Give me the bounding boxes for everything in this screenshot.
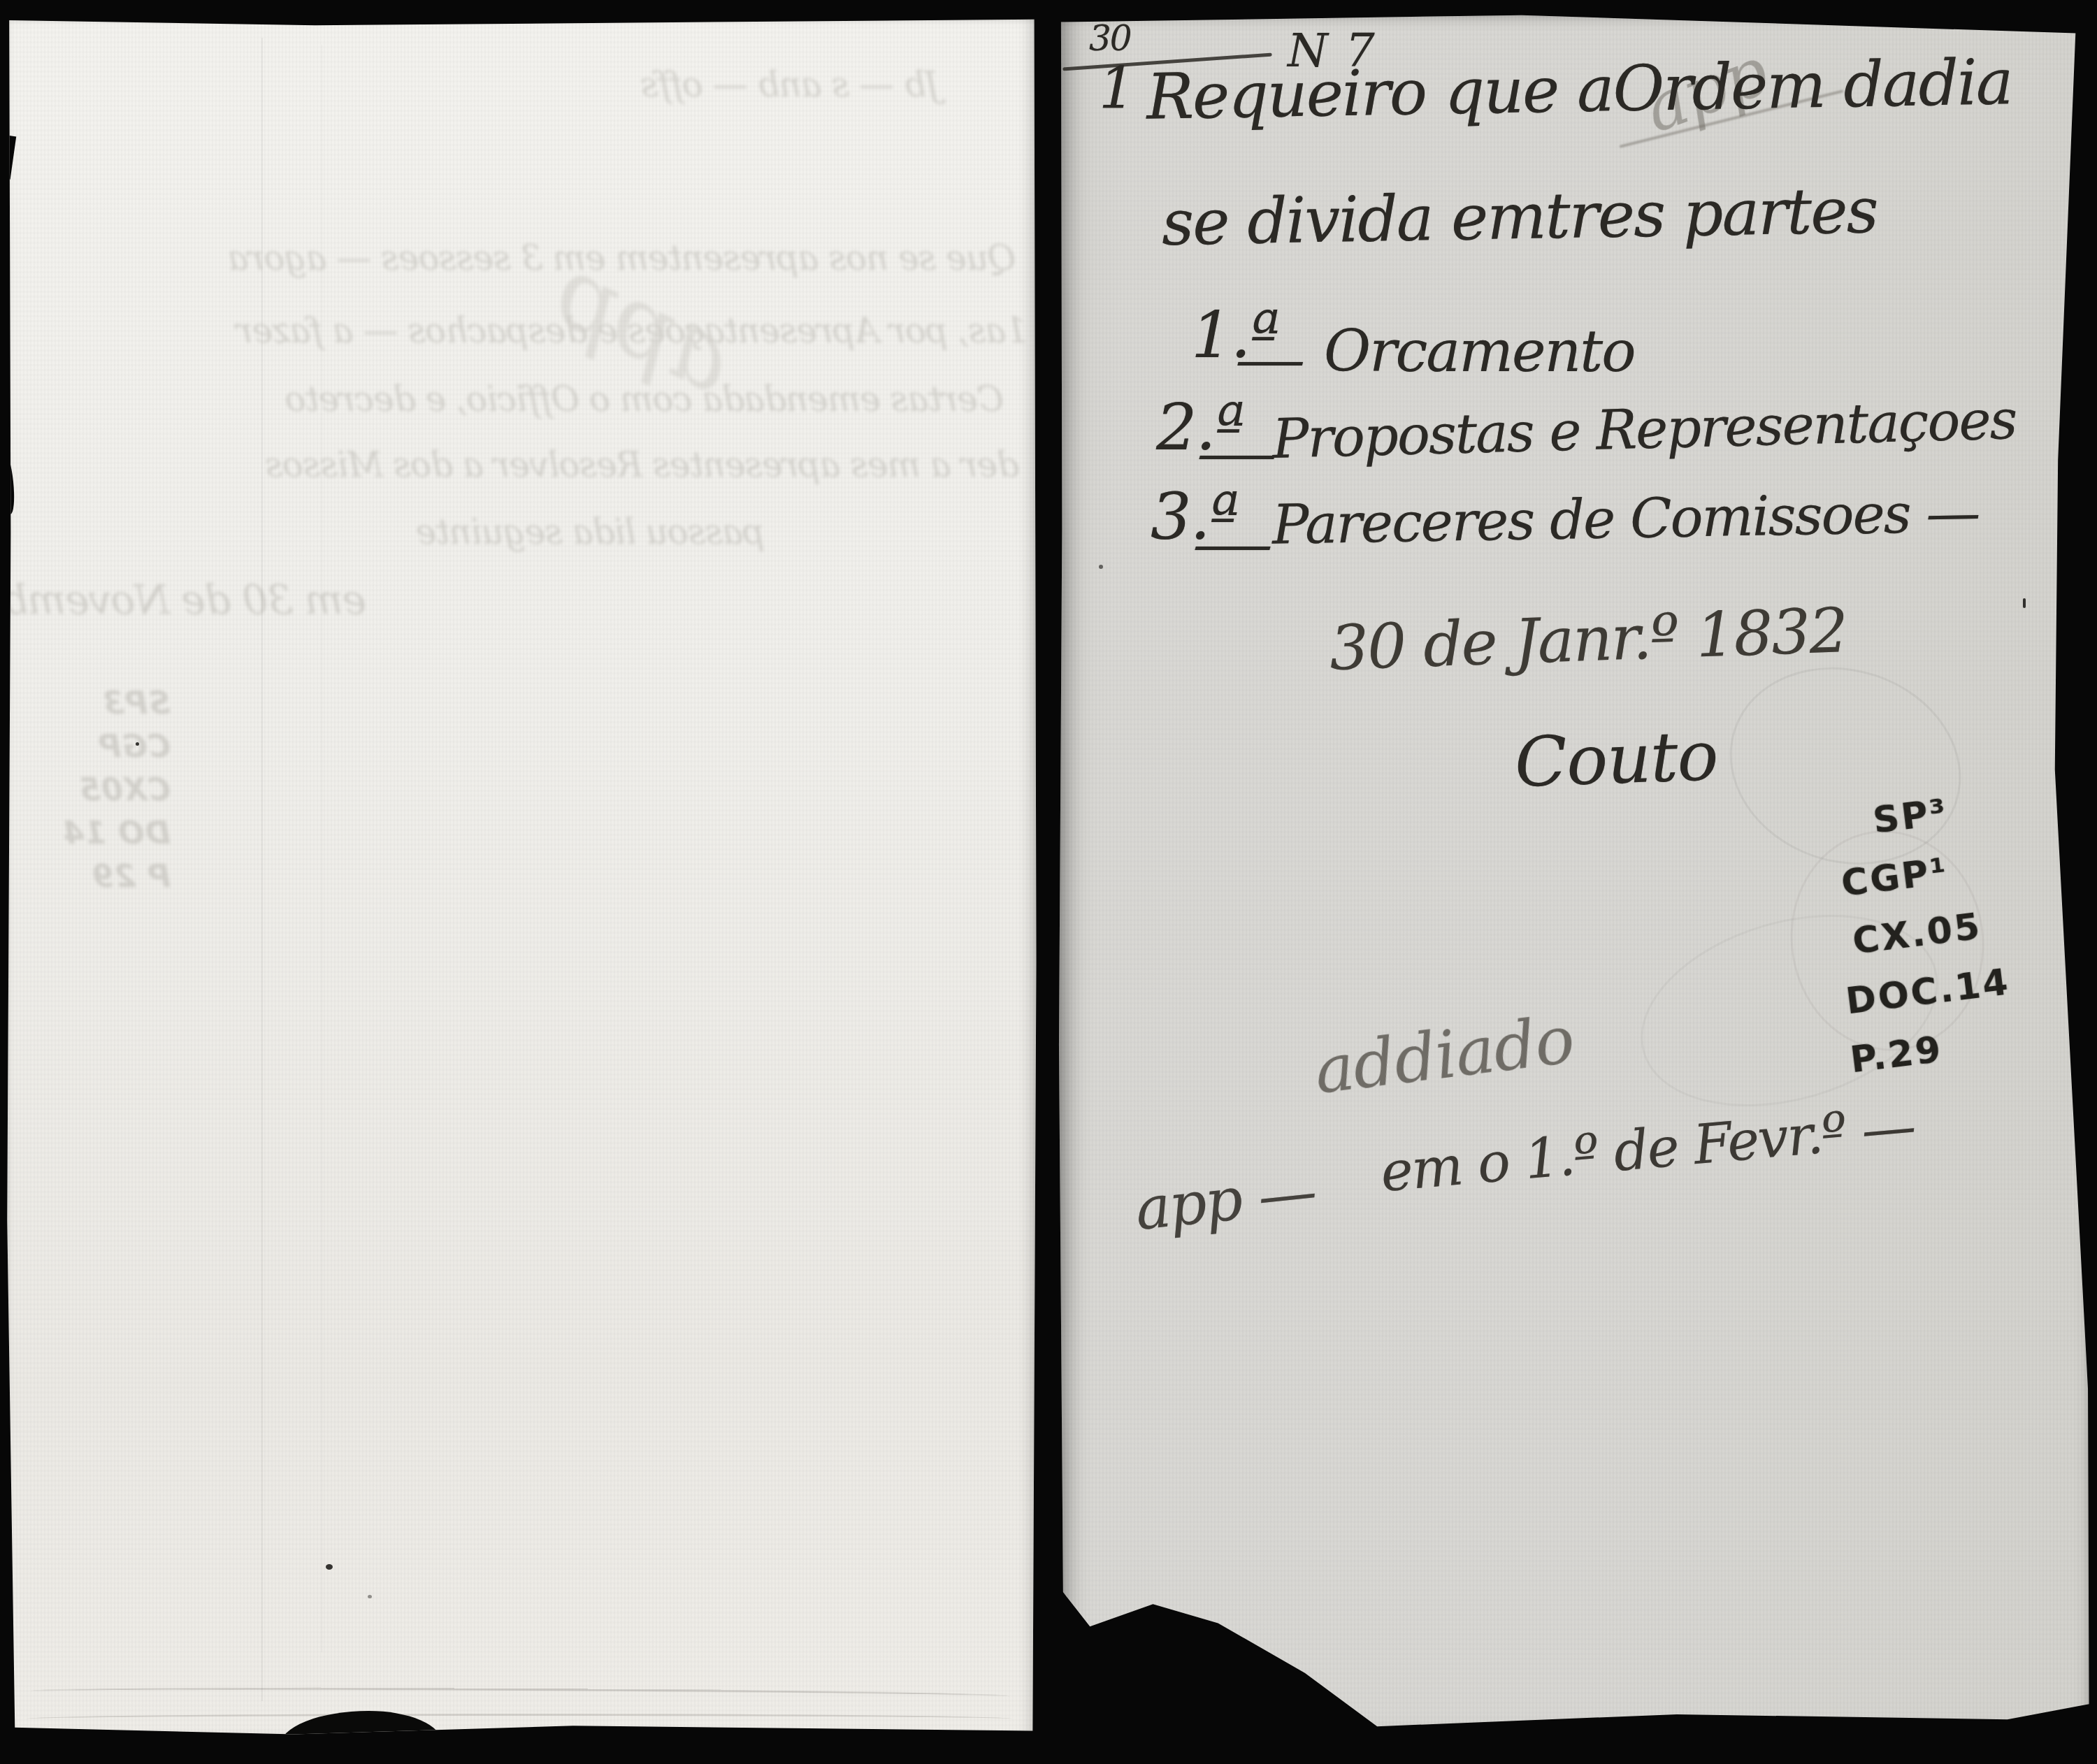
folio-numerator: 30 xyxy=(1089,18,1131,59)
bleedthrough-text: der a mes apresentes Resolver a dos Miss… xyxy=(266,444,1019,485)
ink-speck xyxy=(2023,598,2026,608)
bleedthrough-stamp-line: DO 14 xyxy=(62,812,171,855)
bleedthrough-stamp-line: CGP xyxy=(62,725,171,769)
signature: Couto xyxy=(1513,716,1719,803)
paper-fold-line xyxy=(322,45,322,1652)
paper-fold-line xyxy=(261,38,263,1701)
bleedthrough-text: passou lida seguinte xyxy=(417,512,765,552)
ink-speck xyxy=(136,742,139,746)
bleedthrough-layer: Jb — s anb — offs Que se nos apresentem … xyxy=(6,17,1037,1736)
right-page: 30 1 N 7 app Requeiro que aOrdem dadia s… xyxy=(1057,13,2090,1733)
bleedthrough-text: em 30 de Novembro — 1832 xyxy=(0,576,366,623)
folio-denominator: 1 xyxy=(1099,56,1134,122)
ink-speck xyxy=(368,1595,372,1598)
list-item-1-dash: — xyxy=(1235,328,1304,391)
scanned-manuscript-spread: Jb — s anb — offs Que se nos apresentem … xyxy=(0,0,2097,1764)
approval-text: em o 1.º de Fevr.º — xyxy=(1378,1095,1917,1204)
body-line-1: Requeiro que aOrdem dadia xyxy=(1146,45,2012,134)
body-line-2: se divida emtres partes xyxy=(1161,174,1878,260)
bleedthrough-stamp-line: SP3 xyxy=(62,682,171,725)
date-line: 30 de Janr.º 1832 xyxy=(1328,594,1848,684)
ink-speck xyxy=(1099,565,1103,569)
list-item-2-dash: — xyxy=(1196,422,1276,485)
list-item-3-dash: — xyxy=(1192,513,1271,576)
approval-prefix: app — xyxy=(1132,1157,1319,1243)
pencil-note: addiado xyxy=(1311,1002,1578,1110)
bleedthrough-stamp-line: P 29 xyxy=(62,855,171,899)
bleedthrough-text: Jb — s anb — offs xyxy=(641,64,939,105)
bleedthrough-stamp: SP3 CGP CX05 DO 14 P 29 xyxy=(62,682,171,899)
list-item-3-text: Pareceres de Comissoes — xyxy=(1271,482,1980,557)
paper-wrinkle xyxy=(27,1714,1012,1724)
list-item-2-text: Propostas e Representaçoes xyxy=(1271,389,2017,471)
archive-stamp: SP³ CGP¹ CX.05 DOC.14 P.29 xyxy=(1821,778,2020,1090)
bleedthrough-stamp-line: CX05 xyxy=(62,769,171,812)
ink-speck xyxy=(326,1564,333,1570)
left-page: Jb — s anb — offs Que se nos apresentem … xyxy=(6,17,1037,1736)
list-item-1-text: Orcamento xyxy=(1324,319,1635,385)
